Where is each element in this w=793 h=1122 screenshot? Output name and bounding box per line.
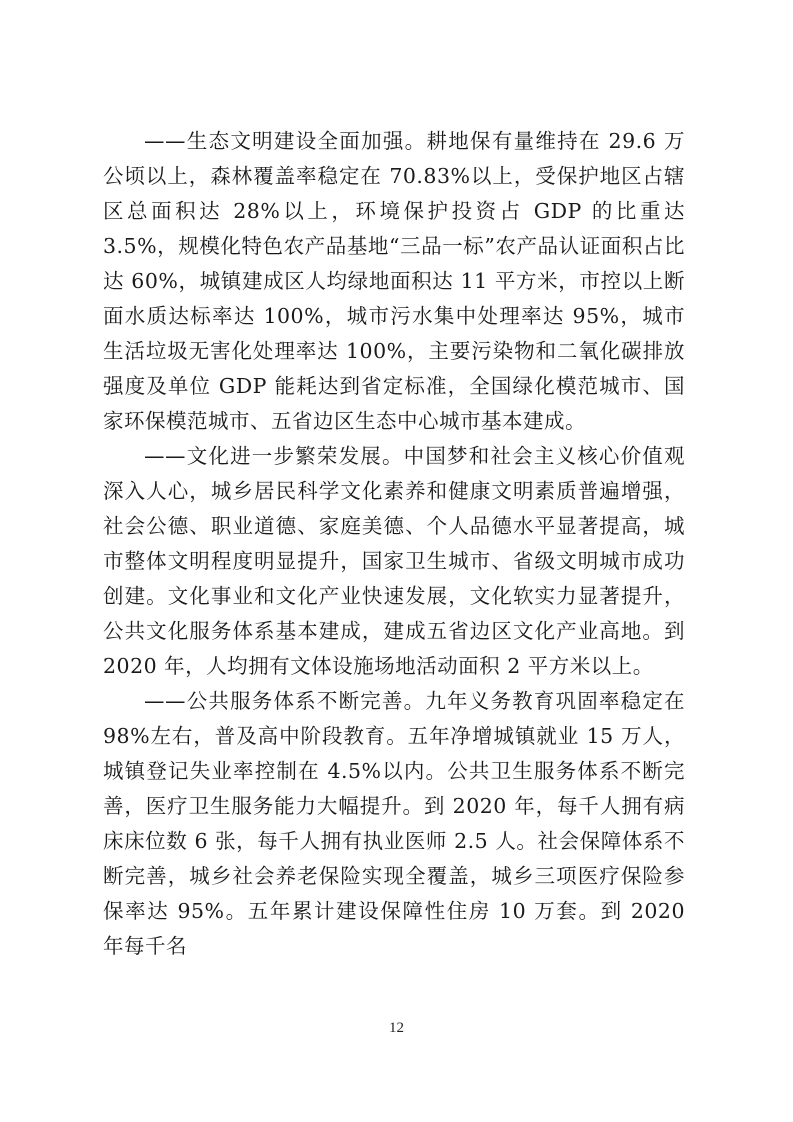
body-text: ——生态文明建设全面加强。耕地保有量维持在 29.6 万公顷以上，森林覆盖率稳定…: [103, 124, 685, 964]
paragraph-culture: ——文化进一步繁荣发展。中国梦和社会主义核心价值观深入人心，城乡居民科学文化素养…: [103, 439, 685, 684]
paragraph-text: 中国梦和社会主义核心价值观深入人心，城乡居民科学文化素养和健康文明素质普遍增强，…: [103, 444, 685, 678]
paragraph-ecology: ——生态文明建设全面加强。耕地保有量维持在 29.6 万公顷以上，森林覆盖率稳定…: [103, 124, 685, 439]
page-number: 12: [0, 1020, 793, 1037]
paragraph-lead: ——公共服务体系不断完善。: [144, 689, 425, 713]
paragraph-text: 耕地保有量维持在 29.6 万公顷以上，森林覆盖率稳定在 70.83%以上，受保…: [103, 129, 685, 433]
paragraph-lead: ——文化进一步繁荣发展。: [144, 444, 404, 468]
document-page: ——生态文明建设全面加强。耕地保有量维持在 29.6 万公顷以上，森林覆盖率稳定…: [0, 0, 793, 1122]
paragraph-text: 九年义务教育巩固率稳定在 98%左右，普及高中阶段教育。五年净增城镇就业 15 …: [103, 689, 685, 958]
paragraph-public-services: ——公共服务体系不断完善。九年义务教育巩固率稳定在 98%左右，普及高中阶段教育…: [103, 684, 685, 964]
paragraph-lead: ——生态文明建设全面加强。: [144, 129, 426, 153]
